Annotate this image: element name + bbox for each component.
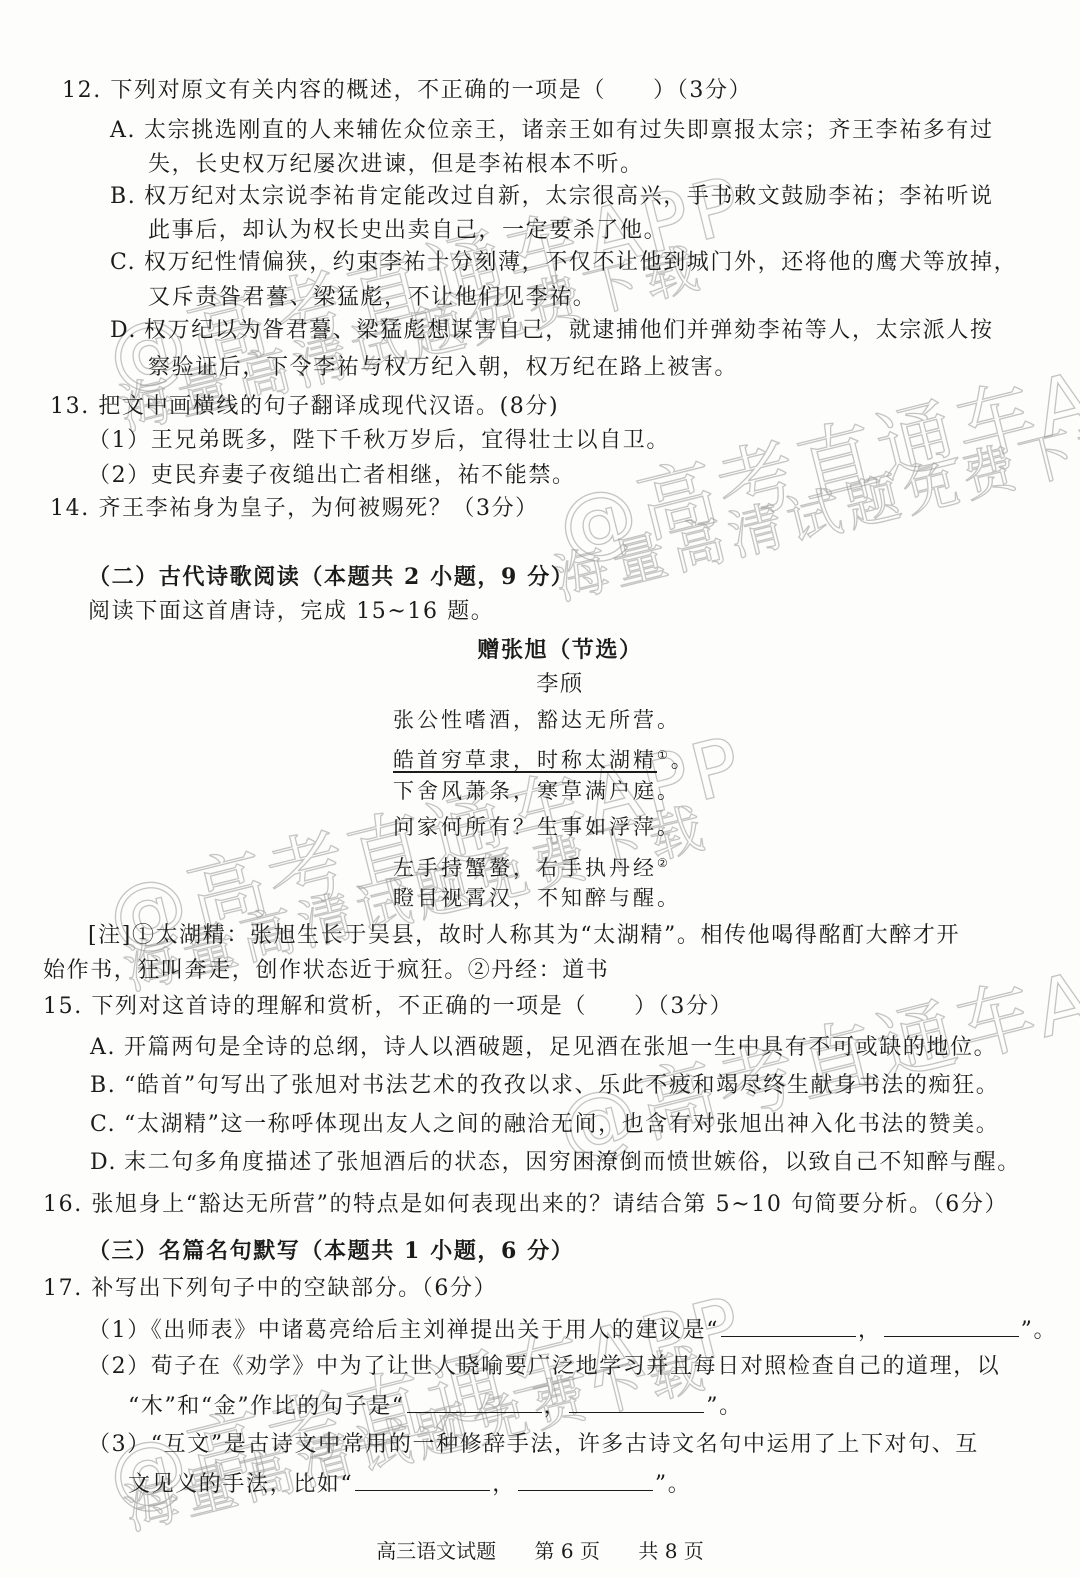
q12-option-a: A.太宗挑选刚直的人来辅佐众位亲王，诸亲王如有过失即禀报太宗；齐王李祐多有过	[110, 116, 994, 146]
answer-blank[interactable]	[407, 1390, 542, 1413]
q12-option-c: C.权万纪性情偏狭，约束李祐十分刻薄，不仅不让他到城门外，还将他的鹰犬等放掉，	[110, 248, 1017, 278]
q15-option-b: B.“皓首”句写出了张旭对书法艺术的孜孜以求、乐此不疲和竭尽终生献身书法的痴狂。	[90, 1071, 999, 1101]
question-13-stem: 13. 把文中画横线的句子翻译成现代汉语。(8分)	[50, 392, 559, 422]
q17-item-3: （3）“互文”是古诗文中常用的一种修辞手法，许多古诗文名句中运用了上下对句、互	[88, 1430, 979, 1460]
q17-item-3-cont: 文见义的手法，比如“，”。	[128, 1468, 691, 1500]
q17-item-2: （2）荀子在《劝学》中为了让世人晓喻要广泛地学习并且每日对照检查自己的道理，以	[88, 1352, 1000, 1382]
question-16-stem: 16. 张旭身上“豁达无所营”的特点是如何表现出来的？请结合第 5~10 句简要…	[43, 1190, 1008, 1220]
footer-title: 高三语文试题	[376, 1539, 496, 1563]
poem-author: 李颀	[0, 670, 1080, 700]
question-17-stem: 17. 补写出下列句子中的空缺部分。（6分）	[43, 1274, 497, 1304]
q12-option-c-cont: 又斥责昝君謩、梁猛彪，不让他们见李祐。	[148, 283, 596, 313]
q13-item-1: （1）王兄弟既多，陛下千秋万岁后，宜得壮士以自卫。	[88, 426, 670, 456]
q12-option-d-cont: 察验证后，下令李祐与权万纪入朝，权万纪在路上被害。	[148, 353, 738, 383]
poem-line: 问家何所有？生事如浮萍。	[393, 812, 681, 842]
q15-option-a: A.开篇两句是全诗的总纲，诗人以酒破题，足见酒在张旭一生中具有不可或缺的地位。	[90, 1033, 997, 1063]
poem-line: 张公性嗜酒，豁达无所营。	[393, 705, 681, 735]
answer-blank[interactable]	[518, 1468, 653, 1491]
answer-blank[interactable]	[884, 1314, 1019, 1337]
poem-line: 下舍风萧条，寒草满户庭。	[393, 776, 681, 806]
poem-title: 赠张旭（节选）	[0, 635, 1080, 665]
answer-blank[interactable]	[569, 1390, 704, 1413]
q17-item-1: （1）《出师表》中诸葛亮给后主刘禅提出关于用人的建议是“，”。	[88, 1314, 1057, 1346]
answer-blank[interactable]	[355, 1468, 490, 1491]
footer-page-number: 第 6 页	[535, 1539, 600, 1563]
q15-option-d: D.末二句多角度描述了张旭酒后的状态，因穷困潦倒而愤世嫉俗，以致自己不知醉与醒。	[90, 1148, 1021, 1178]
answer-blank[interactable]	[721, 1314, 856, 1337]
page-footer: 高三语文试题 第 6 页 共 8 页	[0, 1535, 1080, 1564]
poem-line: 瞪目视霄汉，不知醉与醒。	[393, 883, 681, 913]
section-2-heading: （二）古代诗歌阅读（本题共 2 小题，9 分）	[88, 562, 574, 592]
question-15-stem: 15. 下列对这首诗的理解和赏析，不正确的一项是（ ）（3分）	[43, 992, 733, 1022]
q17-item-2-cont: “木”和“金”作比的句子是“，”。	[128, 1390, 743, 1422]
poem-line: 左手持蟹螯，右手执丹经②	[393, 848, 671, 883]
poem-line: 皓首穷草隶，时称太湖精①。	[393, 740, 695, 775]
exam-page: @高考直通车APP 海量高清试题免费下载 @高考直通车APP 海量高清试题免费下…	[0, 0, 1080, 1577]
q12-option-d: D.权万纪以为昝君謩、梁猛彪想谋害自己，就逮捕他们并弹劾李祐等人，太宗派人按	[110, 316, 994, 346]
question-14-stem: 14. 齐王李祐身为皇子，为何被赐死？（3分）	[50, 494, 539, 524]
q15-option-c: C.“太湖精”这一称呼体现出友人之间的融洽无间，也含有对张旭出神入化书法的赞美。	[90, 1110, 999, 1140]
q12-option-b: B.权万纪对太宗说李祐肯定能改过自新，太宗很高兴，手书敕文鼓励李祐；李祐听说	[110, 182, 994, 212]
footer-total-pages: 共 8 页	[638, 1539, 703, 1563]
section-2-intro: 阅读下面这首唐诗，完成 15~16 题。	[88, 597, 494, 627]
poem-note: [注]①太湖精：张旭生长于吴县，故时人称其为“太湖精”。相传他喝得酩酊大醉才开	[88, 921, 960, 951]
question-12-stem: 12. 下列对原文有关内容的概述，不正确的一项是（ ）（3分）	[62, 76, 752, 106]
q13-item-2: （2）吏民弃妻子夜缒出亡者相继，祐不能禁。	[88, 461, 576, 491]
poem-note-cont: 始作书，狂叫奔走，创作状态近于疯狂。②丹经：道书	[43, 956, 609, 986]
q12-option-a-cont: 失，长史权万纪屡次进谏，但是李祐根本不听。	[148, 150, 644, 180]
q12-option-b-cont: 此事后，却认为权长史出卖自己，一定要杀了他。	[148, 216, 667, 246]
section-3-heading: （三）名篇名句默写（本题共 1 小题，6 分）	[88, 1236, 574, 1266]
